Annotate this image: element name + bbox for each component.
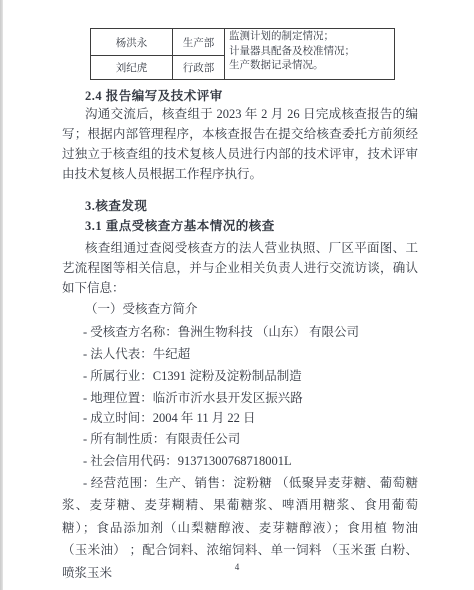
page-number: 4 — [0, 562, 474, 572]
person-name-cell: 刘纪虎 — [91, 56, 173, 80]
section-3-1-paragraph: 核查组通过查阅受核查方的法人营业执照、厂区平面图、工艺流程图等相关信息，并与企业… — [62, 238, 418, 298]
section-3-1-heading: 3.1 重点受核查方基本情况的核查 — [85, 216, 275, 234]
checklist-line: 监测计划的制定情况； — [229, 30, 390, 45]
document-page: 杨洪永 生产部 监测计划的制定情况； 计量器具配备及校准情况； 生产数据记录情况… — [0, 0, 474, 590]
item-ownership-type: - 所有制性质：有限责任公司 — [62, 429, 418, 451]
item-industry: - 所属行业：C1391 淀粉及淀粉制品制造 — [62, 366, 418, 388]
section-3-heading: 3.核查发现 — [85, 196, 147, 214]
page-left-edge — [0, 0, 3, 590]
person-dept-cell: 行政部 — [173, 56, 225, 80]
section-2-4-heading: 2.4 报告编写及技术评审 — [85, 86, 223, 104]
checklist-line: 计量器具配备及校准情况； — [229, 45, 390, 60]
section-2-4-paragraph: 沟通交流后，核查组于 2023 年 2 月 26 日完成核查报告的编写；根据内部… — [62, 104, 418, 184]
checklist-cell: 监测计划的制定情况； 计量器具配备及校准情况； 生产数据记录情况。 — [225, 29, 395, 80]
item-location: - 地理位置：临沂市沂水县开发区振兴路 — [62, 388, 418, 410]
personnel-table: 杨洪永 生产部 监测计划的制定情况； 计量器具配备及校准情况； 生产数据记录情况… — [90, 28, 395, 80]
item-established-date: - 成立时间：2004 年 11 月 22 日 — [62, 408, 418, 430]
person-name-cell: 杨洪永 — [91, 29, 173, 56]
item-credit-code: - 社会信用代码：91371300768718001L — [62, 451, 418, 473]
item-company-name: - 受核查方名称：鲁洲生物科技 （山东） 有限公司 — [62, 322, 418, 344]
table-row: 杨洪永 生产部 监测计划的制定情况； 计量器具配备及校准情况； 生产数据记录情况… — [91, 29, 395, 56]
person-dept-cell: 生产部 — [173, 29, 225, 56]
checklist-line: 生产数据记录情况。 — [229, 59, 390, 74]
subsection-intro-label: （一）受核查方简介 — [62, 299, 418, 320]
item-legal-representative: - 法人代表：牛纪超 — [62, 344, 418, 366]
